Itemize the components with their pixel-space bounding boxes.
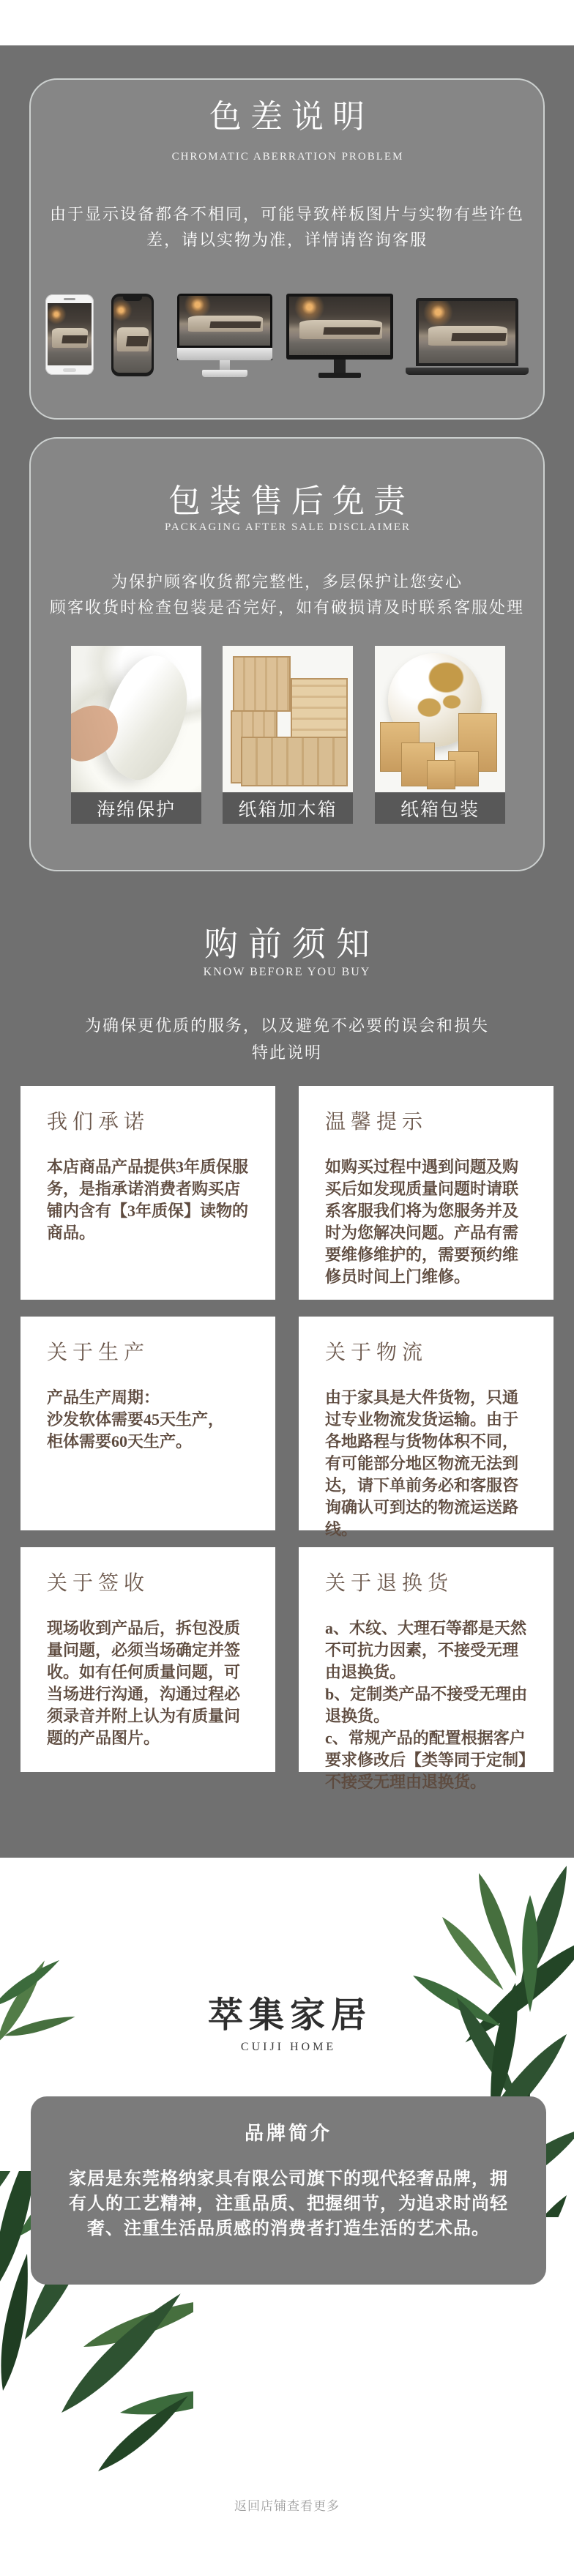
smartphone-black-icon <box>111 294 154 376</box>
device-preview-row <box>31 293 546 382</box>
wooden-crate <box>233 656 290 712</box>
imac-shell <box>177 294 272 360</box>
notice-body-line2: 特此说明 <box>0 1040 574 1065</box>
smartphone-white-icon <box>45 294 94 375</box>
card-heading: 关于物流 <box>325 1339 532 1368</box>
monitor-stand-base <box>318 373 361 378</box>
notice-card-signing: 关于签收 现场收到产品后，拆包没质量问题，必须当场确定并签收。如有任何质量问题，… <box>20 1547 275 1772</box>
imac-desktop-icon <box>177 294 272 379</box>
notice-card-logistics: 关于物流 由于家具是大件货物，只通过专业物流发货运输。由于各地路程与货物体积不同… <box>299 1317 553 1530</box>
card-heading: 关于退换货 <box>325 1569 532 1598</box>
color-note-panel: 色差说明 CHROMATIC ABERRATION PROBLEM 由于显示设备… <box>29 78 545 420</box>
packaging-item-label: 纸箱加木箱 <box>223 792 353 824</box>
color-note-title: 色差说明 <box>31 98 543 136</box>
packaging-item-carton: 纸箱包装 <box>375 646 505 824</box>
brand-intro-body: 家居是东莞格纳家具有限公司旗下的现代轻奢品牌，拥有人的工艺精神，注重品质、把握细… <box>60 2167 517 2241</box>
phone-speaker <box>64 298 75 300</box>
monitor-shell <box>286 294 393 360</box>
color-note-body-line2: 差，请以实物为准，详情请咨询客服 <box>31 227 543 253</box>
bed-photo-monitor <box>289 297 390 355</box>
packaging-panel: 包装售后免责 PACKAGING AFTER SALE DISCLAIMER 为… <box>29 437 545 871</box>
monitor-icon <box>286 294 393 378</box>
monitor-stand-neck <box>334 360 346 373</box>
card-body: 本店商品产品提供3年质保服务，是指承诺消费者购买店铺内含有【3年质保】读物的商品… <box>47 1156 253 1244</box>
carton-wooden-crate-image <box>223 646 353 792</box>
card-body: 产品生产周期： 沙发软体需要45天生产， 柜体需要60天生产。 <box>47 1387 253 1453</box>
imac-stand-base <box>202 370 247 377</box>
notice-card-tips: 温馨提示 如购买过程中遇到问题及购买后如发现质量问题时请联系客服我们将为您服务并… <box>299 1086 553 1300</box>
notice-subtitle: KNOW BEFORE YOU BUY <box>0 965 574 979</box>
imac-chin <box>177 348 272 360</box>
packaging-title: 包装售后免责 <box>31 483 543 521</box>
back-to-shop-link[interactable]: 返回店铺查看更多 <box>0 2498 574 2514</box>
laptop-icon <box>406 298 529 375</box>
product-detail-page: 色差说明 CHROMATIC ABERRATION PROBLEM 由于显示设备… <box>0 0 574 2576</box>
brand-logo: 萃集家居 <box>0 1998 574 2034</box>
laptop-shell <box>416 298 518 366</box>
foam-protection-image <box>71 646 201 792</box>
phone-home-button <box>63 368 76 372</box>
card-body: 由于家具是大件货物，只通过专业物流发货运输。由于各地路程与货物体积不同，有可能部… <box>325 1387 532 1541</box>
carton-packaging-image <box>375 646 505 792</box>
packaging-item-label: 海绵保护 <box>71 792 201 824</box>
packaging-item-crate: 纸箱加木箱 <box>223 646 353 824</box>
card-body: a、木纹、大理石等都是天然不可抗力因素，不接受无理由退换货。 b、定制类产品不接… <box>325 1618 532 1793</box>
card-heading: 温馨提示 <box>325 1108 532 1137</box>
packaging-item-label: 纸箱包装 <box>375 792 505 824</box>
bed-photo-phone <box>48 303 92 365</box>
packaging-item-foam: 海绵保护 <box>71 646 201 824</box>
card-heading: 关于生产 <box>47 1339 253 1368</box>
brand-intro-title: 品牌简介 <box>31 2123 546 2145</box>
card-body: 现场收到产品后，拆包没质量问题，必须当场确定并签收。如有任何质量问题，可当场进行… <box>47 1618 253 1749</box>
imac-stand-neck <box>220 360 230 371</box>
brand-intro-box: 品牌简介 家居是东莞格纳家具有限公司旗下的现代轻奢品牌，拥有人的工艺精神，注重品… <box>31 2096 546 2285</box>
bed-photo-phone2 <box>113 297 152 373</box>
laptop-base <box>406 368 529 375</box>
card-body: 如购买过程中遇到问题及购买后如发现质量问题时请联系客服我们将为您服务并及时为您解… <box>325 1156 532 1288</box>
notice-title: 购前须知 <box>0 926 574 964</box>
card-heading: 关于签收 <box>47 1569 253 1598</box>
bed-photo-laptop <box>419 301 515 363</box>
wooden-crate <box>241 737 348 786</box>
notice-card-promise: 我们承诺 本店商品产品提供3年质保服务，是指承诺消费者购买店铺内含有【3年质保】… <box>20 1086 275 1300</box>
bed-photo-imac <box>179 296 270 346</box>
notice-card-production: 关于生产 产品生产周期： 沙发软体需要45天生产， 柜体需要60天生产。 <box>20 1317 275 1530</box>
packaging-subtitle: PACKAGING AFTER SALE DISCLAIMER <box>31 521 543 534</box>
brand-logo-english: CUIJI HOME <box>0 2040 574 2054</box>
cardboard-box <box>427 760 455 789</box>
packaging-body-line1: 为保护顾客收货都完整性，多层保护让您安心 <box>31 569 543 595</box>
phone-notch <box>123 297 142 301</box>
color-note-body-line1: 由于显示设备都各不相同，可能导致样板图片与实物有些许色 <box>31 201 543 227</box>
packaging-body-line2: 顾客收货时检查包装是否完好，如有破损请及时联系客服处理 <box>31 595 543 620</box>
notice-card-returns: 关于退换货 a、木纹、大理石等都是天然不可抗力因素，不接受无理由退换货。 b、定… <box>299 1547 553 1772</box>
color-note-subtitle: CHROMATIC ABERRATION PROBLEM <box>31 150 543 163</box>
card-heading: 我们承诺 <box>47 1108 253 1137</box>
notice-body-line1: 为确保更优质的服务，以及避免不必要的误会和损失 <box>0 1013 574 1038</box>
